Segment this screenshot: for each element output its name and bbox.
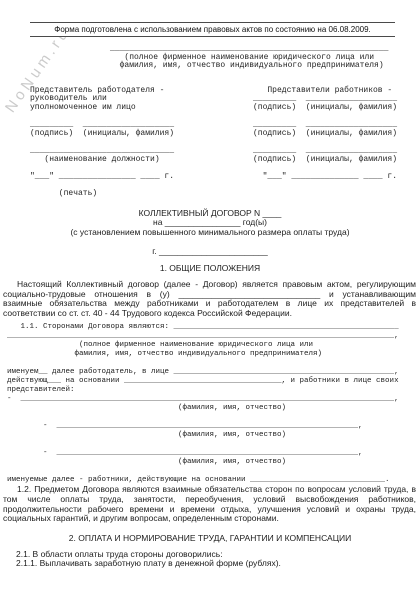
document-subtitle: (с установлением повышенного минимальног… — [0, 228, 420, 238]
employer-representative-column: Представитель работодателя - руководител… — [30, 87, 174, 199]
org-name-block: ________________________________________… — [110, 45, 420, 71]
workers-representatives-column: Представители работников - _________ ___… — [253, 87, 397, 199]
legal-notice-text: Форма подготовлена с использованием прав… — [54, 25, 371, 34]
section-2-heading: 2. ОПЛАТА И НОРМИРОВАНИЕ ТРУДА, ГАРАНТИИ… — [0, 533, 420, 543]
parties-fill-in-block: 1.1. Сторонами Договора являются: ______… — [7, 323, 420, 485]
section-1-intro-paragraph: Настоящий Коллективный договор (далее - … — [3, 280, 416, 318]
section-1-heading: 1. ОБЩИЕ ПОЛОЖЕНИЯ — [0, 263, 420, 273]
legal-notice-strip: Форма подготовлена с использованием прав… — [30, 22, 395, 37]
signature-columns: Представитель работодателя - руководител… — [0, 87, 420, 199]
clause-2-1-1: 2.1.1. Выплачивать заработную плату в де… — [3, 559, 416, 569]
clause-1-2-paragraph: 1.2. Предметом Договора являются взаимны… — [3, 485, 416, 523]
section-2-clauses: 2.1. В области оплаты труда стороны дого… — [3, 550, 416, 569]
document-page: NoNum.ru Форма подготовлена с использова… — [0, 0, 420, 600]
city-line: г. _______________________ — [0, 246, 420, 256]
document-title-block: КОЛЛЕКТИВНЫЙ ДОГОВОР N ____ на _________… — [0, 209, 420, 238]
